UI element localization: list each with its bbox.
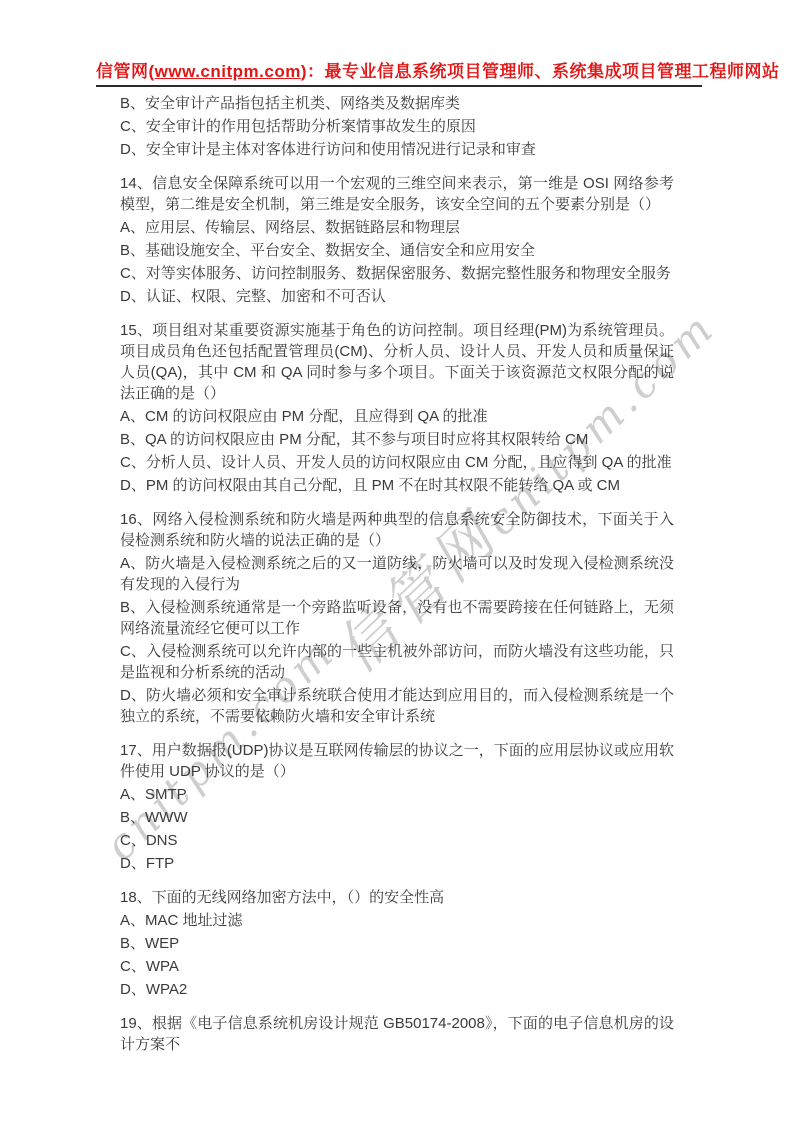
- question-option: D、FTP: [120, 853, 674, 874]
- question-13-options: B、安全审计产品指包括主机类、网络类及数据库类 C、安全审计的作用包括帮助分析案…: [120, 93, 674, 160]
- question-19: 19、根据《电子信息系统机房设计规范 GB50174-2008》，下面的电子信息…: [120, 1013, 674, 1055]
- question-option: B、WEP: [120, 933, 674, 954]
- site-tagline: )：最专业信息系统项目管理师、系统集成项目管理工程师网站: [301, 62, 780, 81]
- question-option: A、CM 的访问权限应由 PM 分配，且应得到 QA 的批准: [120, 406, 674, 427]
- question-stem: 14、信息安全保障系统可以用一个宏观的三维空间来表示，第一维是 OSI 网络参考…: [120, 173, 674, 215]
- exam-document-page: 信管网(www.cnitpm.com)：最专业信息系统项目管理师、系统集成项目管…: [0, 0, 793, 1122]
- question-17: 17、用户数据报(UDP)协议是互联网传输层的协议之一，下面的应用层协议或应用软…: [120, 740, 674, 874]
- question-option: D、安全审计是主体对客体进行访问和使用情况进行记录和审查: [120, 139, 674, 160]
- site-header: 信管网(www.cnitpm.com)：最专业信息系统项目管理师、系统集成项目管…: [96, 57, 702, 82]
- question-option: C、入侵检测系统可以允许内部的一些主机被外部访问，而防火墙没有这些功能，只是监视…: [120, 641, 674, 683]
- question-option: C、DNS: [120, 830, 674, 851]
- question-14: 14、信息安全保障系统可以用一个宏观的三维空间来表示，第一维是 OSI 网络参考…: [120, 173, 674, 307]
- question-option: C、安全审计的作用包括帮助分析案情事故发生的原因: [120, 116, 674, 137]
- site-url-link[interactable]: www.cnitpm.com: [155, 62, 301, 81]
- question-option: D、认证、权限、完整、加密和不可否认: [120, 286, 674, 307]
- question-stem: 18、下面的无线网络加密方法中，（）的安全性高: [120, 887, 674, 908]
- question-stem: 19、根据《电子信息系统机房设计规范 GB50174-2008》，下面的电子信息…: [120, 1013, 674, 1055]
- question-option: C、WPA: [120, 956, 674, 977]
- question-16: 16、网络入侵检测系统和防火墙是两种典型的信息系统安全防御技术，下面关于入侵检测…: [120, 509, 674, 727]
- question-option: B、安全审计产品指包括主机类、网络类及数据库类: [120, 93, 674, 114]
- question-option: D、防火墙必须和安全审计系统联合使用才能达到应用目的，而入侵检测系统是一个独立的…: [120, 685, 674, 727]
- question-option: D、WPA2: [120, 979, 674, 1000]
- question-option: A、应用层、传输层、网络层、数据链路层和物理层: [120, 217, 674, 238]
- question-option: A、SMTP: [120, 784, 674, 805]
- question-stem: 16、网络入侵检测系统和防火墙是两种典型的信息系统安全防御技术，下面关于入侵检测…: [120, 509, 674, 551]
- question-stem: 15、项目组对某重要资源实施基于角色的访问控制。项目经理(PM)为系统管理员。项…: [120, 320, 674, 404]
- exam-content: B、安全审计产品指包括主机类、网络类及数据库类 C、安全审计的作用包括帮助分析案…: [120, 93, 674, 1068]
- question-option: B、入侵检测系统通常是一个旁路监听设备，没有也不需要跨接在任何链路上，无须网络流…: [120, 597, 674, 639]
- question-option: A、防火墙是入侵检测系统之后的又一道防线，防火墙可以及时发现入侵检测系统没有发现…: [120, 553, 674, 595]
- question-stem: 17、用户数据报(UDP)协议是互联网传输层的协议之一，下面的应用层协议或应用软…: [120, 740, 674, 782]
- question-option: B、WWW: [120, 807, 674, 828]
- question-option: D、PM 的访问权限由其自己分配，且 PM 不在时其权限不能转给 QA 或 CM: [120, 475, 674, 496]
- question-option: A、MAC 地址过滤: [120, 910, 674, 931]
- site-name: 信管网(: [96, 62, 155, 81]
- header-divider: [96, 85, 702, 87]
- question-option: B、QA 的访问权限应由 PM 分配，其不参与项目时应将其权限转给 CM: [120, 429, 674, 450]
- question-18: 18、下面的无线网络加密方法中，（）的安全性高 A、MAC 地址过滤 B、WEP…: [120, 887, 674, 1000]
- question-option: C、对等实体服务、访问控制服务、数据保密服务、数据完整性服务和物理安全服务: [120, 263, 674, 284]
- question-option: B、基础设施安全、平台安全、数据安全、通信安全和应用安全: [120, 240, 674, 261]
- question-15: 15、项目组对某重要资源实施基于角色的访问控制。项目经理(PM)为系统管理员。项…: [120, 320, 674, 496]
- question-option: C、分析人员、设计人员、开发人员的访问权限应由 CM 分配，且应得到 QA 的批…: [120, 452, 674, 473]
